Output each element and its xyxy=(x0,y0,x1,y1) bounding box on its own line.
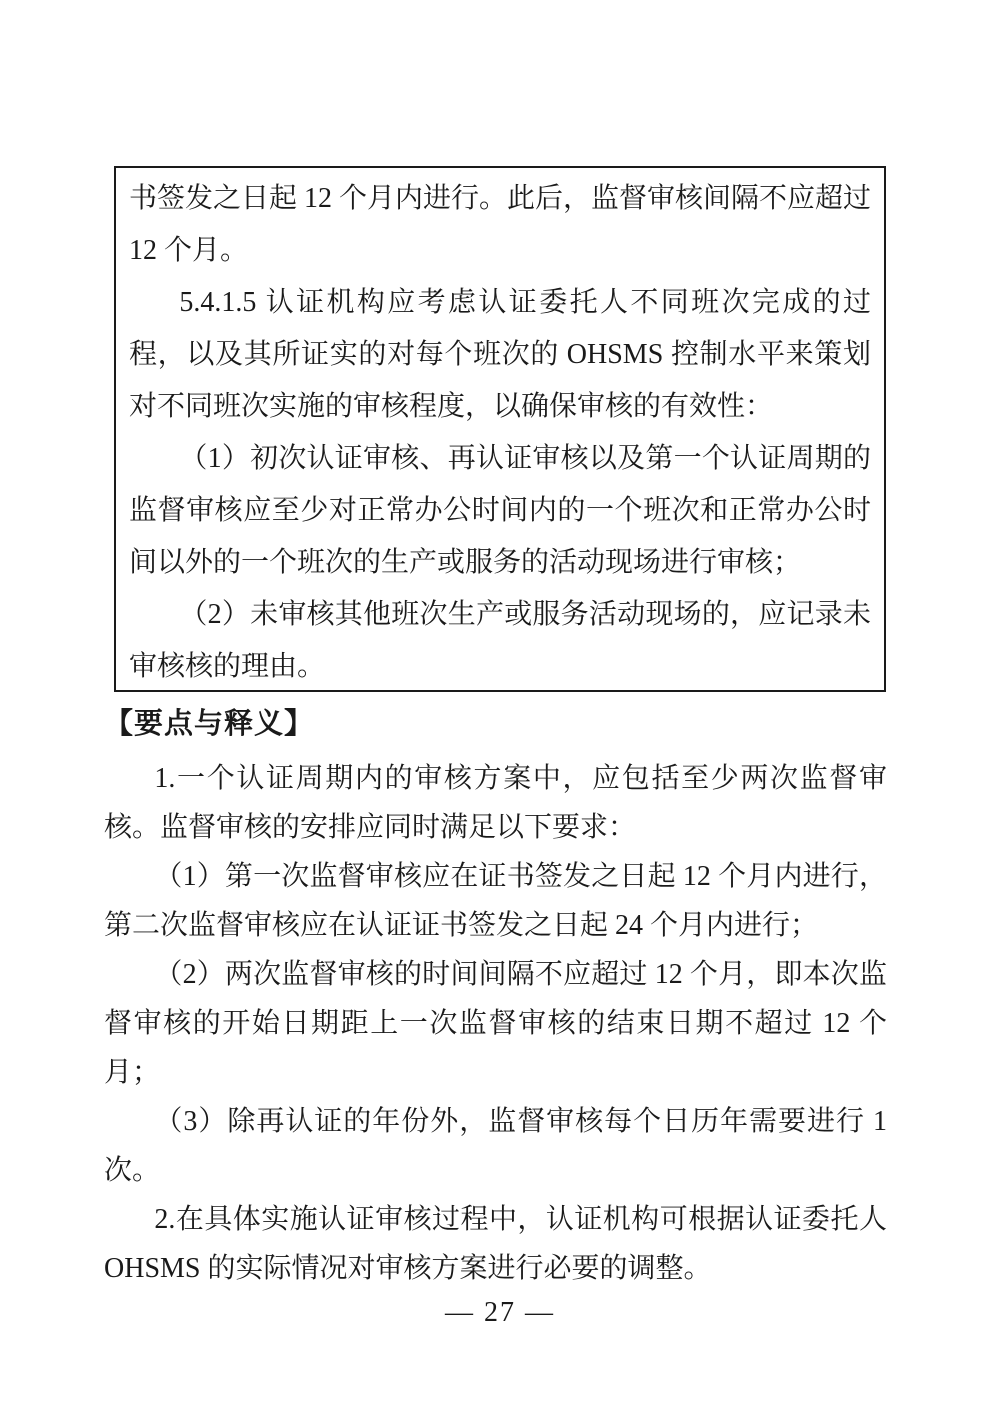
paragraph: （1）初次认证审核、再认证审核以及第一个认证周期的监督审核应至少对正常办公时间内… xyxy=(129,433,871,589)
boxed-clause-section: 书签发之日起 12 个月内进行。此后，监督审核间隔不应超过 12 个月。5.4.… xyxy=(114,166,886,692)
paragraph: 1.一个认证周期内的审核方案中，应包括至少两次监督审核。监督审核的安排应同时满足… xyxy=(104,754,887,852)
paragraph: （2）未审核其他班次生产或服务活动现场的，应记录未审核核的理由。 xyxy=(129,589,871,693)
paragraph: 书签发之日起 12 个月内进行。此后，监督审核间隔不应超过 12 个月。 xyxy=(129,173,871,277)
boxed-paragraphs: 书签发之日起 12 个月内进行。此后，监督审核间隔不应超过 12 个月。5.4.… xyxy=(129,173,871,693)
paragraph: （2）两次监督审核的时间间隔不应超过 12 个月，即本次监督审核的开始日期距上一… xyxy=(104,950,887,1097)
paragraph: （3）除再认证的年份外，监督审核每个日历年需要进行 1 次。 xyxy=(104,1097,887,1195)
paragraph: 2.在具体实施认证审核过程中，认证机构可根据认证委托人 OHSMS 的实际情况对… xyxy=(104,1195,887,1293)
notes-section: 【要点与释义】 1.一个认证周期内的审核方案中，应包括至少两次监督审核。监督审核… xyxy=(104,702,887,1293)
paragraph: 5.4.1.5 认证机构应考虑认证委托人不同班次完成的过程，以及其所证实的对每个… xyxy=(129,277,871,433)
notes-heading: 【要点与释义】 xyxy=(104,702,887,746)
page-number: — 27 — xyxy=(0,1297,1000,1329)
paragraph: （1）第一次监督审核应在证书签发之日起 12 个月内进行，第二次监督审核应在认证… xyxy=(104,852,887,950)
document-page: 书签发之日起 12 个月内进行。此后，监督审核间隔不应超过 12 个月。5.4.… xyxy=(0,0,1000,1414)
notes-paragraphs: 1.一个认证周期内的审核方案中，应包括至少两次监督审核。监督审核的安排应同时满足… xyxy=(104,754,887,1293)
